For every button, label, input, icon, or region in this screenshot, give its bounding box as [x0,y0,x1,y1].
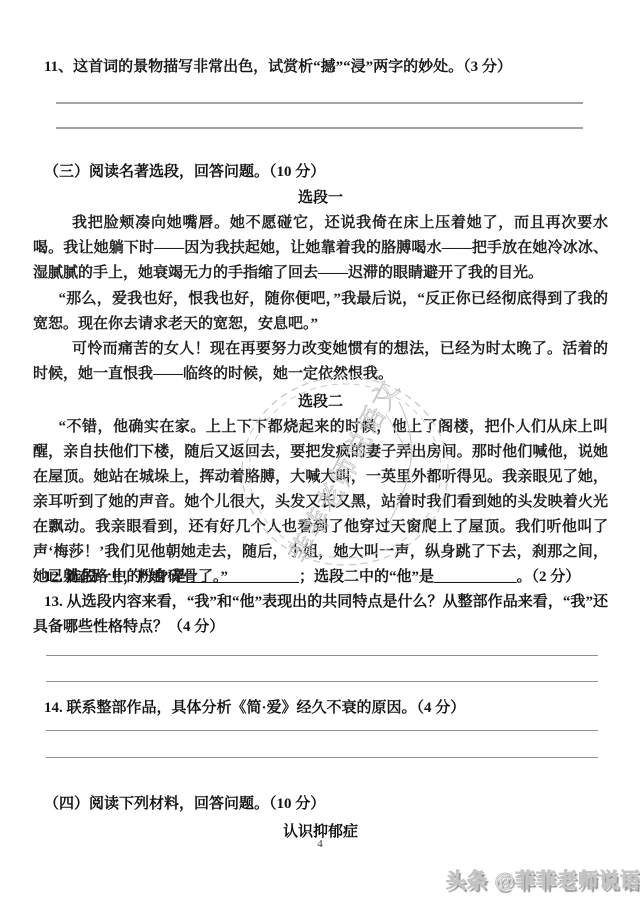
excerpt-1-title: 选段一 [33,186,608,211]
question-14: 14. 联系整部作品，具体分析《简·爱》经久不衰的原因。（4 分） [33,696,608,721]
excerpt-1-paragraph: 我把脸颊凑向她嘴唇。她不愿碰它，还说我倚在床上压着她了，而且再次要水喝。我让她躺… [33,211,608,286]
exam-document-page: 11、这首词的景物描写非常出色，试赏析“撼”“浸”两字的妙处。（3 分） （三）… [0,0,640,905]
page-number: 4 [0,838,640,850]
answer-line [46,730,598,731]
footer-watermark: 头条 @菲菲老师说语文 [446,864,636,893]
excerpt-2-paragraph: “不错，他确实在家。上上下下都烧起来的时候，他上了阁楼，把仆人们从床上叫醒，亲自… [33,415,608,590]
excerpt-1-paragraph: “那么，爱我也好，恨我也好，随你便吧，”我最后说，“反正你已经彻底得到了我的宽恕… [33,287,608,337]
answer-line [56,102,583,104]
section-4-heading: （四）阅读下列材料，回答问题。（10 分） [44,792,604,817]
answer-line [46,681,598,682]
question-12: 12. 选段一中的“她”是_______________；选段二中的“他”是__… [33,565,608,590]
excerpt-1-paragraph: 可怜而痛苦的女人！现在再要努力改变她惯有的想法，已经为时太晚了。活着的时候，她一… [33,337,608,387]
excerpt-2-title: 选段二 [33,390,608,415]
question-13: 13. 从选段内容来看，“我”和“他”表现出的共同特点是什么？从整部作品来看，“… [33,590,608,640]
answer-line [46,757,598,758]
answer-line [46,655,598,656]
question-11: 11、这首词的景物描写非常出色，试赏析“撼”“浸”两字的妙处。（3 分） [33,55,608,80]
section-3-heading: （三）阅读名著选段，回答问题。（10 分） [44,160,604,185]
answer-line [56,127,583,129]
